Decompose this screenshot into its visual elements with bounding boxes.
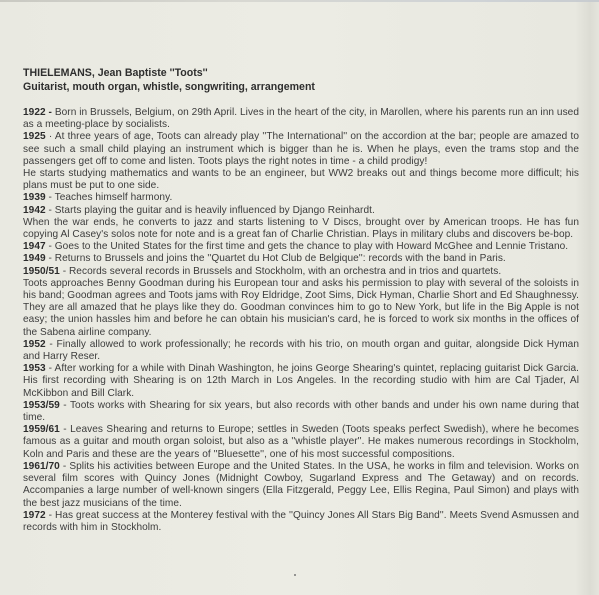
page-speck	[294, 574, 296, 576]
timeline-year: 1947	[23, 241, 46, 252]
biography-content: THIELEMANS, Jean Baptiste ''Toots'' Guit…	[23, 67, 579, 534]
timeline-text: - Records several records in Brussels an…	[60, 266, 501, 277]
timeline-year: 1952	[23, 339, 46, 350]
timeline-year: 1959/61	[23, 424, 60, 435]
timeline-entry: 1942 - Starts playing the guitar and is …	[23, 205, 579, 217]
biography-timeline: 1922 - Born in Brussels, Belgium, on 29t…	[23, 107, 579, 534]
timeline-year: 1949	[23, 253, 46, 264]
timeline-entry: 1950/51 - Records several records in Bru…	[23, 266, 579, 278]
timeline-entry: 1953 - After working for a while with Di…	[23, 363, 579, 400]
timeline-entry: 1959/61 - Leaves Shearing and returns to…	[23, 424, 579, 461]
timeline-entry: 1939 - Teaches himself harmony.	[23, 192, 579, 204]
timeline-entry: 1952 - Finally allowed to work professio…	[23, 339, 579, 363]
timeline-entry: 1972 - Has great success at the Monterey…	[23, 510, 579, 534]
timeline-text: - After working for a while with Dinah W…	[23, 363, 579, 398]
timeline-entry: 1953/59 - Toots works with Shearing for …	[23, 400, 579, 424]
timeline-year: 1972	[23, 510, 46, 521]
timeline-text: - Leaves Shearing and returns to Europe;…	[23, 424, 579, 459]
document-page: THIELEMANS, Jean Baptiste ''Toots'' Guit…	[0, 0, 599, 595]
timeline-year: 1953/59	[23, 400, 60, 411]
timeline-year: 1939	[23, 192, 46, 203]
timeline-text: - Splits his activities between Europe a…	[23, 461, 579, 509]
timeline-text: · At three years of age, Toots can alrea…	[23, 131, 579, 166]
artist-name-heading: THIELEMANS, Jean Baptiste ''Toots''	[23, 67, 579, 81]
timeline-entry: He starts studying mathematics and wants…	[23, 168, 579, 192]
page-top-edge	[0, 0, 599, 2]
timeline-text: Born in Brussels, Belgium, on 29th April…	[23, 107, 579, 130]
timeline-year: 1950/51	[23, 266, 60, 277]
timeline-year: 1953	[23, 363, 46, 374]
timeline-text: - Goes to the United States for the firs…	[46, 241, 569, 252]
timeline-entry: 1925 · At three years of age, Toots can …	[23, 131, 579, 168]
timeline-text: - Finally allowed to work professionally…	[23, 339, 579, 362]
timeline-text: - Starts playing the guitar and is heavi…	[46, 205, 375, 216]
timeline-text: - Returns to Brussels and joins the ''Qu…	[46, 253, 506, 264]
timeline-year: 1961/70	[23, 461, 60, 472]
timeline-entry: When the war ends, he converts to jazz a…	[23, 217, 579, 241]
timeline-entry: 1961/70 - Splits his activities between …	[23, 461, 579, 510]
timeline-entry: 1922 - Born in Brussels, Belgium, on 29t…	[23, 107, 579, 131]
timeline-entry: 1949 - Returns to Brussels and joins the…	[23, 253, 579, 265]
timeline-text: - Has great success at the Monterey fest…	[23, 510, 579, 533]
timeline-entry: 1947 - Goes to the United States for the…	[23, 241, 579, 253]
timeline-text: Toots approaches Benny Goodman during hi…	[23, 278, 579, 338]
timeline-text: He starts studying mathematics and wants…	[23, 168, 579, 191]
timeline-text: - Toots works with Shearing for six year…	[23, 400, 579, 423]
timeline-entry: Toots approaches Benny Goodman during hi…	[23, 278, 579, 339]
timeline-year: 1942	[23, 205, 46, 216]
timeline-text: - Teaches himself harmony.	[46, 192, 173, 203]
artist-roles-subheading: Guitarist, mouth organ, whistle, songwri…	[23, 81, 579, 95]
timeline-year: 1922 -	[23, 107, 52, 118]
timeline-text: When the war ends, he converts to jazz a…	[23, 217, 579, 240]
timeline-year: 1925	[23, 131, 46, 142]
